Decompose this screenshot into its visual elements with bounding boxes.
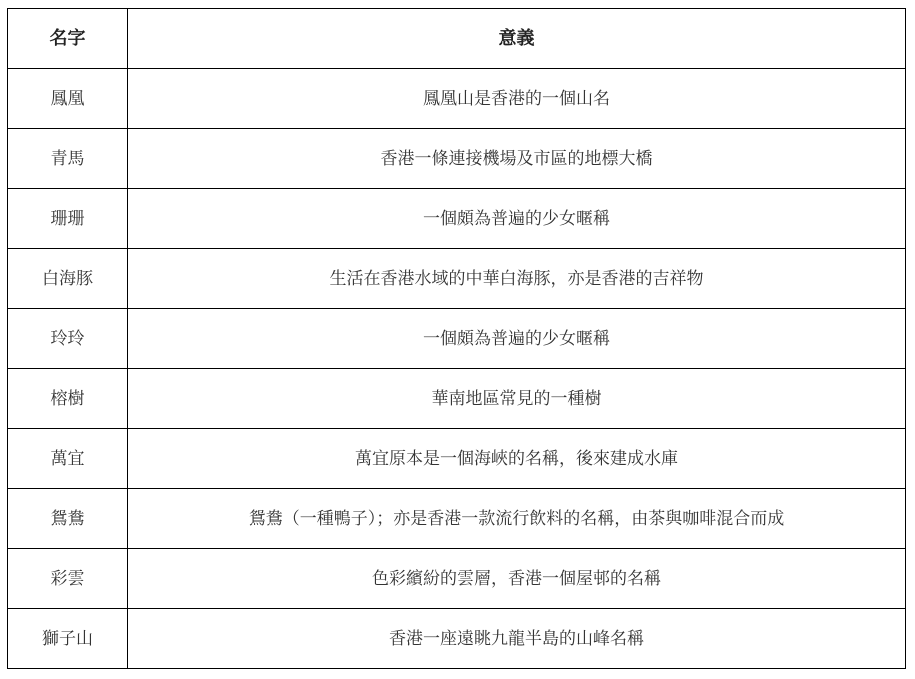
table-row: 珊珊 一個頗為普遍的少女暱稱: [8, 189, 906, 249]
table-row: 鳳凰 鳳凰山是香港的一個山名: [8, 69, 906, 129]
table-row: 白海豚 生活在香港水域的中華白海豚，亦是香港的吉祥物: [8, 249, 906, 309]
name-cell: 白海豚: [8, 249, 128, 309]
name-cell: 彩雲: [8, 549, 128, 609]
table-row: 玲玲 一個頗為普遍的少女暱稱: [8, 309, 906, 369]
meaning-cell: 色彩繽紛的雲層，香港一個屋邨的名稱: [128, 549, 906, 609]
table-row: 鴛鴦 鴛鴦（一種鴨子）；亦是香港一款流行飲料的名稱，由茶與咖啡混合而成: [8, 489, 906, 549]
name-cell: 鴛鴦: [8, 489, 128, 549]
name-cell: 榕樹: [8, 369, 128, 429]
name-cell: 鳳凰: [8, 69, 128, 129]
meaning-cell: 香港一條連接機場及市區的地標大橋: [128, 129, 906, 189]
meaning-cell: 一個頗為普遍的少女暱稱: [128, 189, 906, 249]
table-header-row: 名字 意義: [8, 9, 906, 69]
table-row: 彩雲 色彩繽紛的雲層，香港一個屋邨的名稱: [8, 549, 906, 609]
name-cell: 獅子山: [8, 609, 128, 669]
name-cell: 萬宜: [8, 429, 128, 489]
name-cell: 玲玲: [8, 309, 128, 369]
meaning-cell: 鳳凰山是香港的一個山名: [128, 69, 906, 129]
names-meaning-table: 名字 意義 鳳凰 鳳凰山是香港的一個山名 青馬 香港一條連接機場及市區的地標大橋…: [7, 8, 906, 669]
meaning-cell: 鴛鴦（一種鴨子）；亦是香港一款流行飲料的名稱，由茶與咖啡混合而成: [128, 489, 906, 549]
meaning-cell: 華南地區常見的一種樹: [128, 369, 906, 429]
table-row: 萬宜 萬宜原本是一個海峽的名稱，後來建成水庫: [8, 429, 906, 489]
column-header-meaning: 意義: [128, 9, 906, 69]
name-cell: 珊珊: [8, 189, 128, 249]
meaning-cell: 萬宜原本是一個海峽的名稱，後來建成水庫: [128, 429, 906, 489]
column-header-name: 名字: [8, 9, 128, 69]
meaning-cell: 生活在香港水域的中華白海豚，亦是香港的吉祥物: [128, 249, 906, 309]
table-row: 榕樹 華南地區常見的一種樹: [8, 369, 906, 429]
table-row: 獅子山 香港一座遠眺九龍半島的山峰名稱: [8, 609, 906, 669]
meaning-cell: 一個頗為普遍的少女暱稱: [128, 309, 906, 369]
name-cell: 青馬: [8, 129, 128, 189]
table-row: 青馬 香港一條連接機場及市區的地標大橋: [8, 129, 906, 189]
meaning-cell: 香港一座遠眺九龍半島的山峰名稱: [128, 609, 906, 669]
